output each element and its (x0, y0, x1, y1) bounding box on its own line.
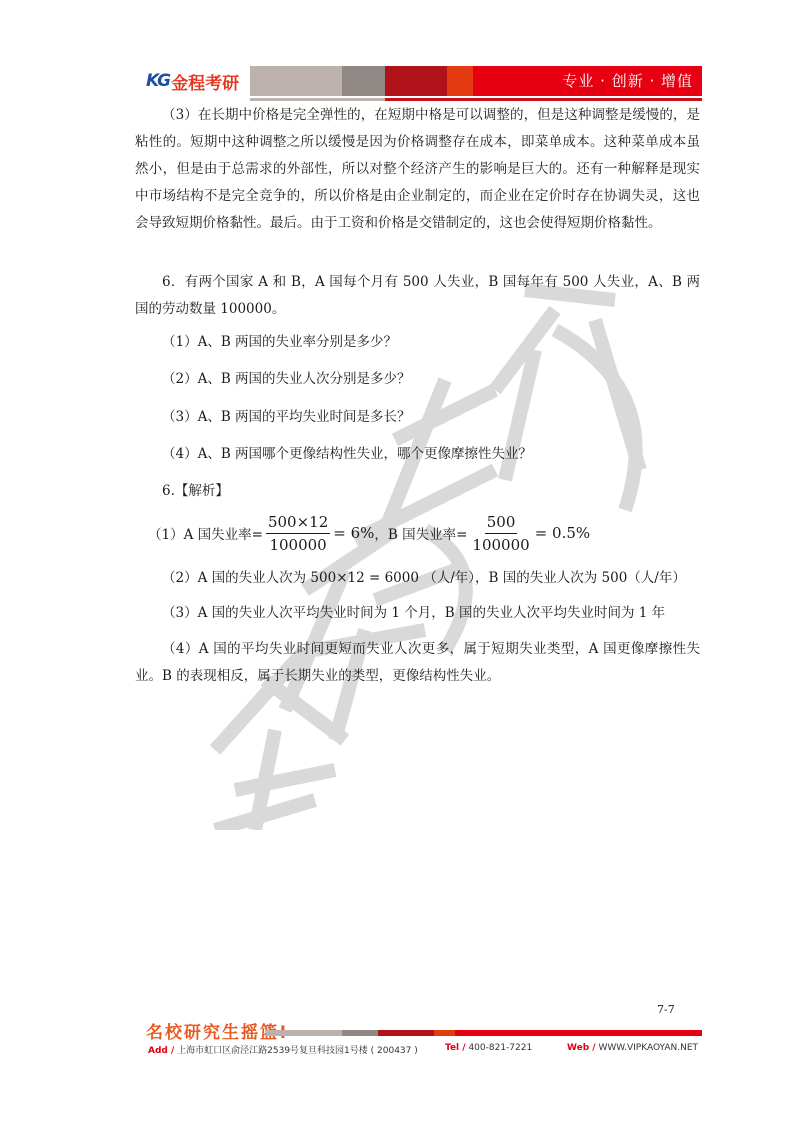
question-stem: 6．有两个国家 A 和 B，A 国每个月有 500 人失业，B 国每年有 500… (135, 269, 700, 323)
address-label: Add / (148, 1046, 174, 1056)
footer-bar-segment-4 (434, 1030, 455, 1036)
tel-label: Tel / (445, 1043, 466, 1053)
fraction-a-denominator: 100000 (267, 534, 328, 554)
answer-3: （3）A 国的失业人次平均失业时间为 1 个月，B 国的失业人次平均失业时间为 … (135, 600, 700, 627)
sub-question-3: （3）A、B 两国的平均失业时间是多长？ (135, 404, 700, 431)
footer-web: Web / WWW.VIPKAOYAN.NET (567, 1043, 698, 1053)
fraction-b: 500 100000 (470, 513, 531, 554)
footer-bar-segment-3 (378, 1030, 434, 1036)
answer-4: （4）A 国的平均失业时间更短而失业人次更多，属于短期失业类型，A 国更像摩擦性… (135, 636, 700, 690)
footer-bar-segment-2 (342, 1030, 378, 1036)
footer-tel: Tel / 400-821-7221 (445, 1043, 532, 1053)
result-a: = 6% (333, 524, 374, 542)
header-logo: KG 金程考研 (146, 66, 239, 96)
footer-bar-segment-5 (455, 1030, 702, 1036)
answer-1-mid: ，B 国失业率= (374, 523, 467, 543)
result-b: = 0.5% (535, 524, 590, 542)
fraction-b-denominator: 100000 (470, 534, 531, 554)
footer-bar-segment-1 (266, 1030, 342, 1036)
sub-question-1: （1）A、B 两国的失业率分别是多少？ (135, 329, 700, 356)
brand-name: 金程考研 (171, 69, 239, 94)
header-underline-red (385, 98, 702, 101)
document-page: KG 金程考研 专业 · 创新 · 增值 (0, 0, 793, 1122)
header-bar-segment-2 (342, 66, 385, 96)
header-bar-segment-1 (250, 66, 342, 96)
web-label: Web / (567, 1043, 596, 1053)
address-value: 上海市虹口区俞泾江路2539号复旦科技园1号楼 ( 200437 ) (177, 1046, 418, 1056)
header-bar-segment-3 (385, 66, 447, 96)
answer-1-prefix: （1）A 国失业率= (148, 523, 263, 543)
header-slogan: 专业 · 创新 · 增值 (562, 66, 693, 96)
logo-mark-icon: KG (146, 71, 169, 91)
fraction-a-numerator: 500×12 (266, 513, 330, 534)
fraction-b-numerator: 500 (485, 513, 518, 534)
web-value: WWW.VIPKAOYAN.NET (598, 1043, 698, 1053)
sub-question-2: （2）A、B 两国的失业人次分别是多少？ (135, 366, 700, 393)
header-underline (250, 98, 385, 101)
sub-question-4: （4）A、B 两国哪个更像结构性失业，哪个更像摩擦性失业？ (135, 441, 700, 468)
paragraph-prev-answer: （3）在长期中价格是完全弹性的，在短期中格是可以调整的，但是这种调整是缓慢的，是… (135, 102, 700, 237)
answer-2: （2）A 国的失业人次为 500×12 = 6000 （人/年），B 国的失业人… (135, 565, 700, 592)
tel-value: 400-821-7221 (468, 1043, 532, 1053)
fraction-a: 500×12 100000 (266, 513, 330, 554)
footer-address: Add / 上海市虹口区俞泾江路2539号复旦科技园1号楼 ( 200437 ) (148, 1043, 418, 1056)
answer-title: 6.【解析】 (135, 478, 700, 505)
header-bar-segment-4 (447, 66, 473, 96)
page-number: 7-7 (657, 1003, 675, 1016)
answer-1-formula: （1）A 国失业率= 500×12 100000 = 6% ，B 国失业率= 5… (148, 509, 590, 557)
